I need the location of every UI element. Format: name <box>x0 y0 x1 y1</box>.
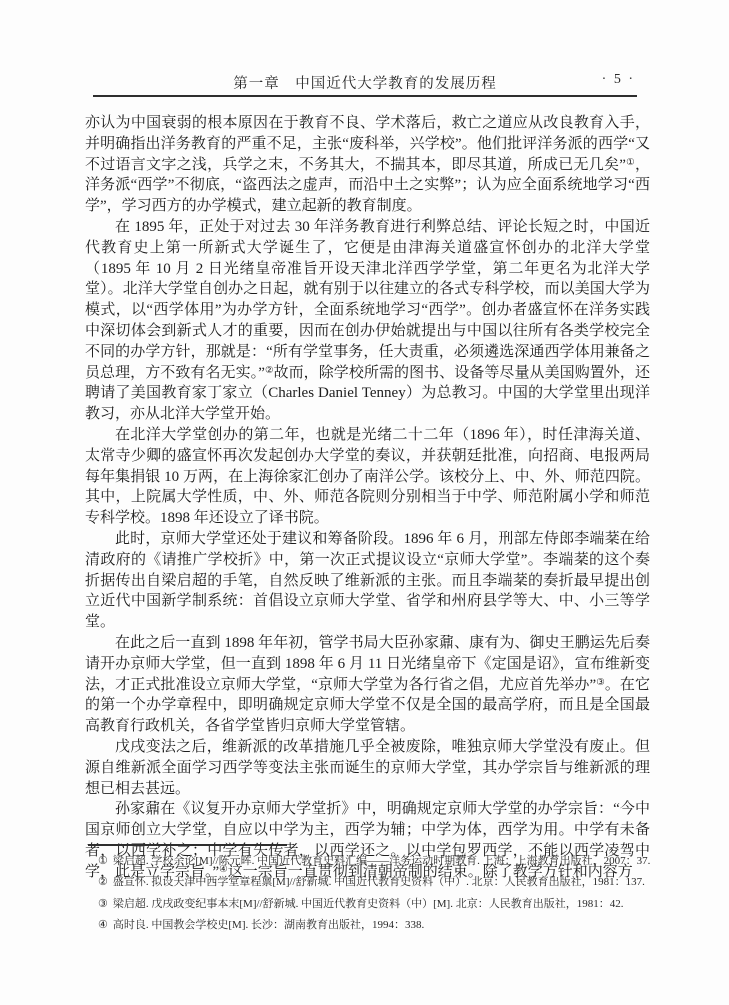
footnote-item: ①梁启超. 学校余论[M]//陈元晖. 中国近代教育史料汇编——洋务运动时期教育… <box>98 851 650 872</box>
paragraph: 在北洋大学堂创办的第二年，也就是光绪二十二年（1896 年），时任津海关道、太常… <box>85 425 650 529</box>
footnote-number: ④ <box>98 919 108 931</box>
footnote-text: 盛宣怀. 拟设天津中西学堂章程禀[M]//舒新城. 中国近代教育史资料（中）. … <box>113 876 645 888</box>
footnote-marker: ② <box>265 366 274 376</box>
footnote-item: ④高时良. 中国教会学校史[M]. 长沙：湖南教育出版社，1994：338. <box>98 915 650 936</box>
paragraph: 此时，京师大学堂还处于建议和筹备阶段。1896 年 6 月，刑部左侍郎李端棻在给… <box>85 529 650 633</box>
footnote-marker: ③ <box>596 678 605 688</box>
footnotes: ①梁启超. 学校余论[M]//陈元晖. 中国近代教育史料汇编——洋务运动时期教育… <box>98 851 650 937</box>
footnote-item: ③梁启超. 戊戌政变纪事本末[M]//舒新城. 中国近代教育史资料（中）[M].… <box>98 894 650 915</box>
footnote-text: 梁启超. 学校余论[M]//陈元晖. 中国近代教育史料汇编——洋务运动时期教育.… <box>113 855 650 867</box>
paragraph: 在此之后一直到 1898 年年初，管学书局大臣孙家鼐、康有为、御史王鹏运先后奏请… <box>85 633 650 737</box>
page-number: · 5 · <box>602 72 635 88</box>
footnote-number: ① <box>98 855 108 867</box>
page-header: 第一章 中国近代大学教育的发展历程 · 5 · <box>93 72 637 92</box>
footnote-marker: ① <box>626 158 635 168</box>
scanned-book-page: { "header": { "chapter_title": "第一章 中国近代… <box>0 0 729 1005</box>
footnote-text: 梁启超. 戊戌政变纪事本末[M]//舒新城. 中国近代教育史资料（中）[M]. … <box>113 898 624 910</box>
footnote-text: 高时良. 中国教会学校史[M]. 长沙：湖南教育出版社，1994：338. <box>113 919 424 931</box>
footnote-number: ③ <box>98 898 108 910</box>
chapter-title: 第一章 中国近代大学教育的发展历程 <box>233 76 497 92</box>
header-rule <box>93 95 637 97</box>
footnote-number: ② <box>98 876 108 888</box>
footnote-separator-rule <box>88 844 287 846</box>
footnote-item: ②盛宣怀. 拟设天津中西学堂章程禀[M]//舒新城. 中国近代教育史资料（中）.… <box>98 872 650 893</box>
paragraph: 戊戌变法之后，维新派的改革措施几乎全被废除，唯独京师大学堂没有废止。但源自维新派… <box>85 737 650 799</box>
paragraph: 在 1895 年，正处于对过去 30 年洋务教育进行利弊总结、评论长短之时，中国… <box>85 217 650 425</box>
paragraph: 亦认为中国衰弱的根本原因在于教育不良、学术落后，救亡之道应从改良教育入手，并明确… <box>85 113 650 217</box>
body-text: 亦认为中国衰弱的根本原因在于教育不良、学术落后，救亡之道应从改良教育入手，并明确… <box>85 113 650 882</box>
